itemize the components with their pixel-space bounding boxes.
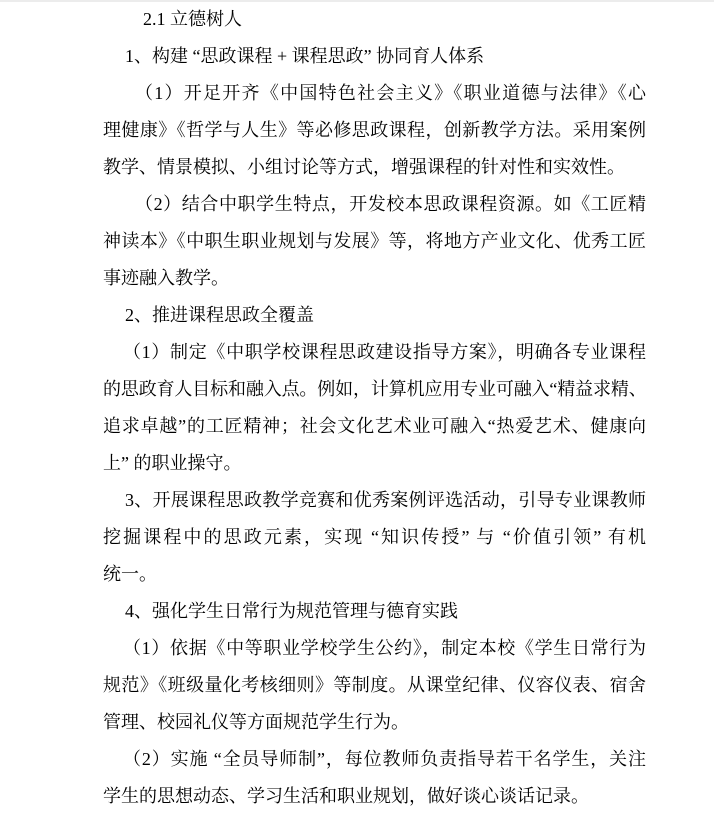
text-line: （1）制定《中职学校课程思政建设指导方案》，明确各专业课程 xyxy=(103,334,646,371)
text-line: 学生的思想动态、学习生活和职业规划，做好谈心谈话记录。 xyxy=(103,778,646,815)
text-line: 事迹融入教学。 xyxy=(103,260,646,297)
document-page: 2.1 立德树人1、构建 “思政课程 + 课程思政” 协同育人体系（1）开足开齐… xyxy=(0,0,714,822)
text-line: 理健康》《哲学与人生》等必修思政课程，创新教学方法。采用案例 xyxy=(103,112,646,149)
text-line: 管理、校园礼仪等方面规范学生行为。 xyxy=(103,704,646,741)
text-line: （1）依据《中等职业学校学生公约》，制定本校《学生日常行为 xyxy=(103,630,646,667)
text-line: 挖掘课程中的思政元素，实现 “知识传授” 与 “价值引领” 有机 xyxy=(103,519,646,556)
text-line: 追求卓越”的工匠精神；社会文化艺术业可融入“热爱艺术、健康向 xyxy=(103,408,646,445)
text-line: （1）开足开齐《中国特色社会主义》《职业道德与法律》《心 xyxy=(103,75,646,112)
document-body: 2.1 立德树人1、构建 “思政课程 + 课程思政” 协同育人体系（1）开足开齐… xyxy=(103,1,646,815)
text-line: 神读本》《中职生职业规划与发展》等，将地方产业文化、优秀工匠 xyxy=(103,223,646,260)
text-line: 1、构建 “思政课程 + 课程思政” 协同育人体系 xyxy=(103,38,646,75)
text-line: 统一。 xyxy=(103,556,646,593)
text-line: 2.1 立德树人 xyxy=(103,1,646,38)
text-line: 3、开展课程思政教学竞赛和优秀案例评选活动，引导专业课教师 xyxy=(103,482,646,519)
text-line: 4、强化学生日常行为规范管理与德育实践 xyxy=(103,593,646,630)
text-line: 2、推进课程思政全覆盖 xyxy=(103,297,646,334)
text-line: 的思政育人目标和融入点。例如，计算机应用专业可融入“精益求精、 xyxy=(103,371,646,408)
text-line: （2）实施 “全员导师制”，每位教师负责指导若干名学生，关注 xyxy=(103,741,646,778)
text-line: （2）结合中职学生特点，开发校本思政课程资源。如《工匠精 xyxy=(103,186,646,223)
text-line: 上” 的职业操守。 xyxy=(103,445,646,482)
text-line: 规范》《班级量化考核细则》等制度。从课堂纪律、仪容仪表、宿舍 xyxy=(103,667,646,704)
text-line: 教学、情景模拟、小组讨论等方式，增强课程的针对性和实效性。 xyxy=(103,149,646,186)
